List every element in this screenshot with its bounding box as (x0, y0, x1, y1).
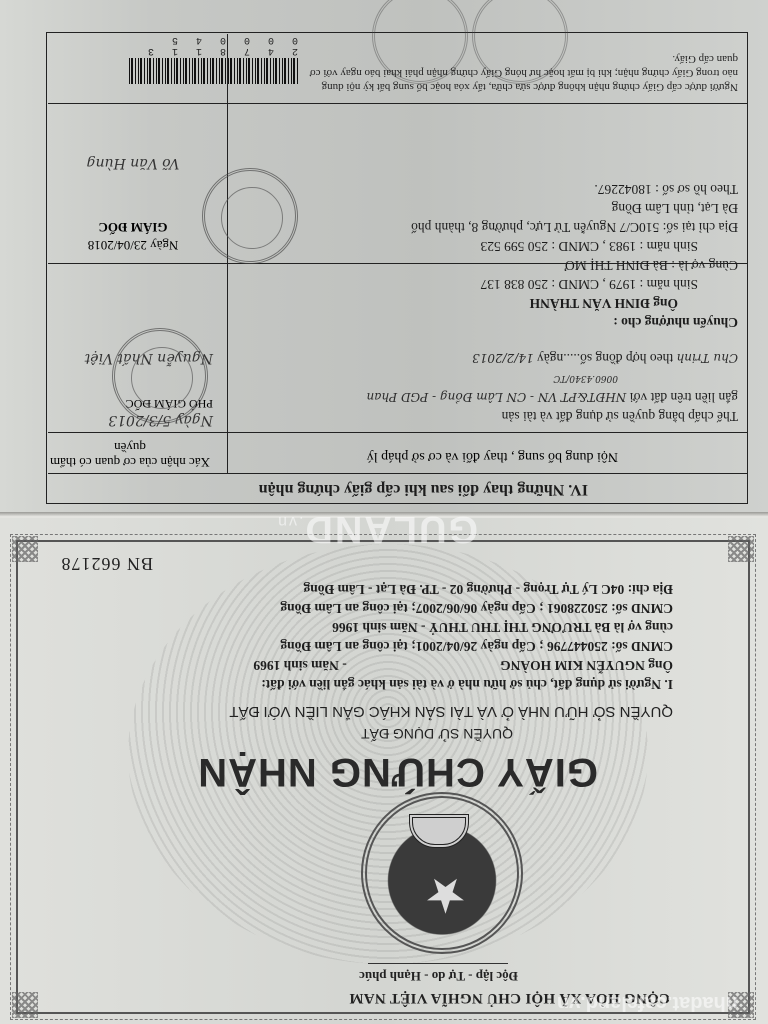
handwritten-bank: NHĐT&PT VN - CN Lâm Đồng - PGD Phan (366, 390, 626, 404)
warning-note: Người được cấp Giấy chứng nhận không đượ… (308, 52, 738, 94)
owner-name-row: Ông NGUYỄN KIM HOÀNG - Năm sinh 1969 (253, 656, 673, 675)
cover-content: CỘNG HÒA XÃ HỘI CHỦ NGHĨA VIỆT NAM Độc l… (0, 518, 768, 1024)
changes-title: IV. Những thay đổi sau khi cấp giấy chứn… (259, 480, 588, 498)
handwritten-contract-no: 0060.4340/TC (238, 368, 738, 387)
file-number: Theo hồ sơ số : 18042267. (238, 180, 738, 199)
entry1-line1: Thế chấp bằng quyền sử dụng đất và tài s… (238, 407, 738, 426)
owner-address: Địa chỉ: 04C Lý Tự Trọng - Phường 02 - T… (253, 580, 673, 599)
transfer-heading: Chuyển nhượng cho : (238, 313, 738, 332)
guland-watermark: GULAND.vn (276, 507, 478, 550)
buyer-spouse: Cùng vợ là : Bà ĐINH THỊ MƠ (238, 256, 738, 275)
entry2-role: GIÁM ĐỐC (53, 218, 213, 236)
owner-name: Ông NGUYỄN KIM HOÀNG (500, 658, 673, 673)
barcode (128, 58, 298, 84)
spouse-name: cùng vợ là Bà TRƯƠNG THỊ THU THUỶ - Năm … (253, 618, 673, 637)
certificate-title: GIẤY CHỨNG NHẬN (197, 749, 598, 794)
entry-divider (48, 263, 748, 264)
column-header-content: Nội dung bổ sung , thay đổi và cơ sở phá… (367, 448, 618, 464)
document-photo: IV. Những thay đổi sau khi cấp giấy chứn… (0, 0, 768, 1024)
column-header-confirm: Xác nhận của cơ quan có thẩm quyền (50, 440, 210, 470)
certificate-subtitle-2: QUYỀN SỞ HỮU NHÀ Ở VÀ TÀI SẢN KHÁC GẮN L… (229, 703, 673, 720)
official-stamp-1 (202, 168, 298, 264)
buyer-address-2: Đà Lạt, tỉnh Lâm Đồng (238, 199, 738, 218)
barcode-number: 2 4 7 8 1 1 3 0 0 0 0 4 5 (128, 34, 298, 56)
national-motto: Độc lập - Tự do - Hạnh phúc (359, 968, 518, 984)
official-stamp-2 (112, 328, 208, 424)
owner-section: I. Người sử dụng đất, chủ sở hữu nhà ở v… (253, 580, 673, 694)
spouse-info: Sinh năm : 1983 , CMND : 250 599 523 (238, 237, 738, 256)
motto-underline (368, 963, 508, 964)
certificate-subtitle-1: QUYỀN SỬ DỤNG ĐẤT (361, 726, 513, 742)
owner-birth-year: - Năm sinh 1969 (253, 658, 346, 673)
owner-id: CMND số: 250447796 ; Cấp ngày 26/04/2001… (253, 637, 673, 656)
cafeland-watermark: nhadat.cafeland.vn (557, 991, 738, 1014)
certificate-serial: BN 662178 (60, 553, 153, 574)
buyer-name: Ông ĐINH VĂN THÀNH (238, 294, 738, 313)
table-bottom-divider (48, 103, 748, 104)
owner-section-heading: I. Người sử dụng đất, chủ sở hữu nhà ở v… (253, 675, 673, 694)
entry2-signer: Võ Văn Hùng (53, 154, 213, 172)
entry1-line2: gắn liền trên đất với NHĐT&PT VN - CN Lâ… (238, 387, 738, 407)
change-entries: Thế chấp bằng quyền sử dụng đất và tài s… (238, 180, 738, 426)
entry2-confirmation: Ngày 23/04/2018 GIÁM ĐỐC Võ Văn Hùng (53, 154, 213, 254)
entry2-date: Ngày 23/04/2018 (53, 236, 213, 254)
buyer-info: Sinh năm : 1979 , CMND : 250 838 137 (238, 275, 738, 294)
national-emblem-icon: ★ (361, 792, 523, 954)
spouse-id: CMND số: 250228061 ; Cấp ngày 06/06/2007… (253, 599, 673, 618)
entry1-line3: Chu Trinh theo hợp đồng số.....ngày 14/2… (238, 348, 738, 368)
star-icon: ★ (424, 870, 467, 918)
gear-icon (409, 814, 469, 848)
buyer-address-1: Địa chỉ tại số: 510C/7 Nguyễn Tử Lực, ph… (238, 218, 738, 237)
